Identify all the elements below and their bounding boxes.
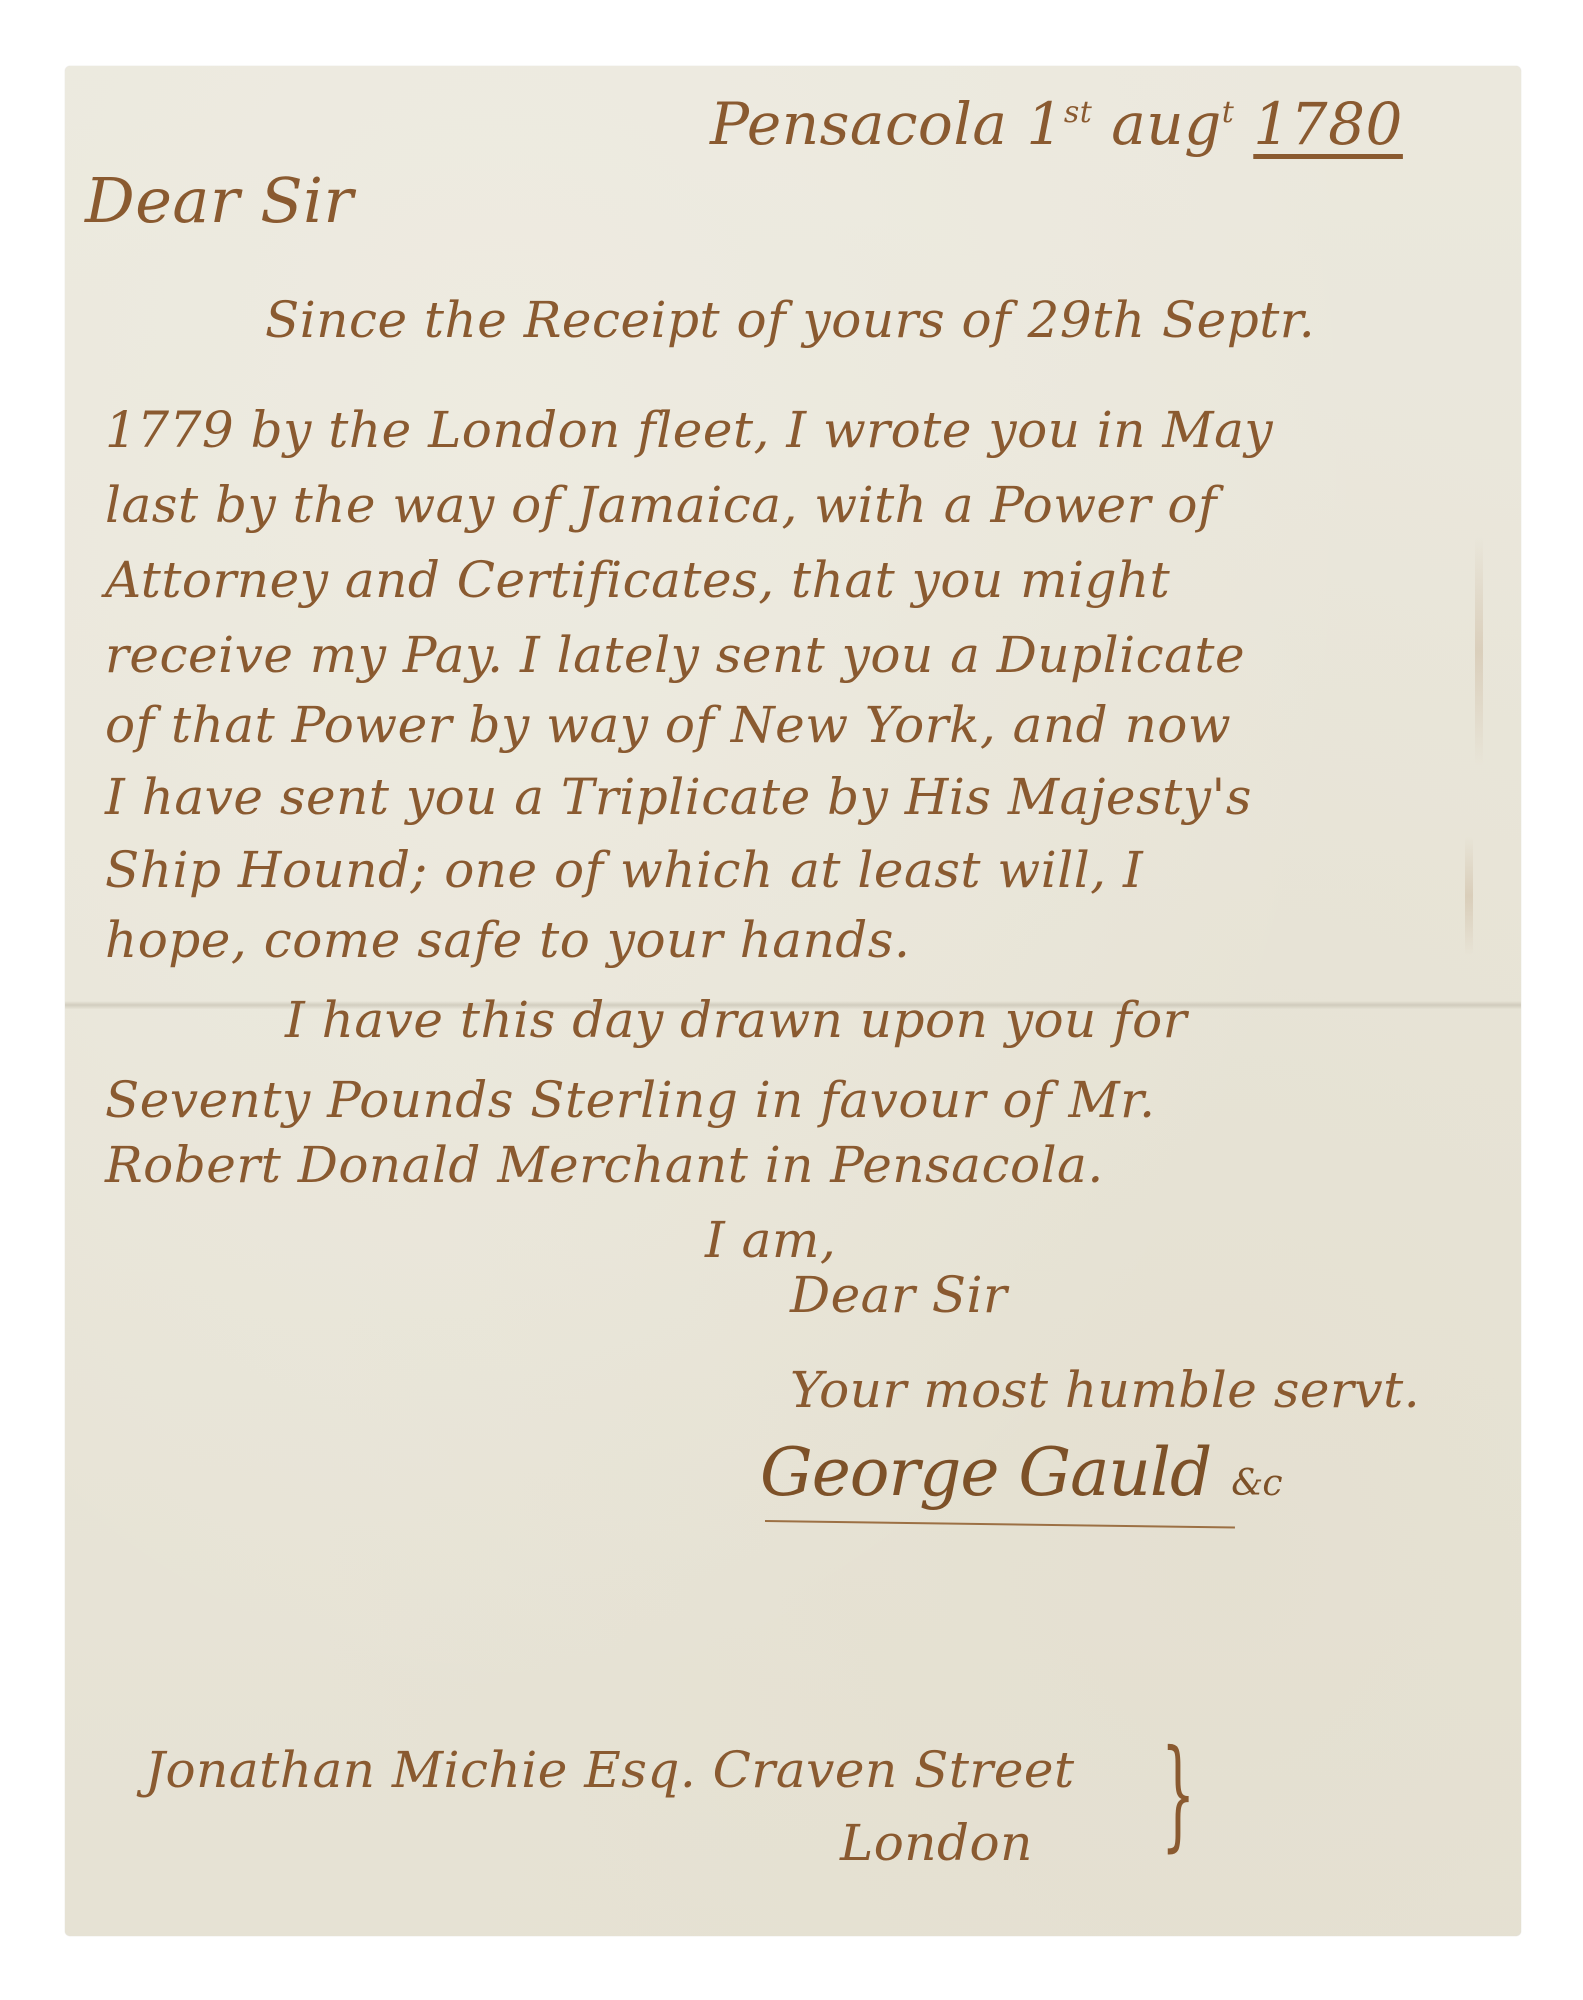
letter-line: Attorney and Certificates, that you migh… <box>105 555 1170 605</box>
letter-line: I have sent you a Triplicate by His Maje… <box>105 772 1252 822</box>
dateline-month: aug <box>1111 90 1222 158</box>
letter-line: Since the Receipt of yours of 29th Septr… <box>265 295 1315 345</box>
dateline: Pensacola 1st augt 1780 <box>710 95 1403 153</box>
letter-line: receive my Pay. I lately sent you a Dupl… <box>105 630 1245 680</box>
dateline-month-suffix: t <box>1222 95 1235 130</box>
letter-line: Ship Hound; one of which at least will, … <box>105 845 1143 895</box>
dateline-day-suffix: st <box>1064 95 1092 130</box>
ink-stain <box>1475 536 1483 766</box>
ink-stain <box>1465 836 1473 956</box>
salutation: Dear Sir <box>85 170 354 232</box>
letter-line: Robert Donald Merchant in Pensacola. <box>105 1140 1104 1190</box>
closing-servant: Your most humble servt. <box>790 1365 1420 1415</box>
address-line-1: Jonathan Michie Esq. Craven Street <box>145 1745 1075 1795</box>
letter-line: 1779 by the London fleet, I wrote you in… <box>105 405 1273 455</box>
dateline-day: 1 <box>1026 90 1063 158</box>
closing-dear-sir: Dear Sir <box>790 1270 1007 1320</box>
letter-line: of that Power by way of New York, and no… <box>105 700 1231 750</box>
address-brace: } <box>1161 1735 1195 1855</box>
address-line-2: London <box>840 1818 1033 1868</box>
closing-i-am: I am, <box>705 1215 836 1265</box>
dateline-year: 1780 <box>1253 90 1403 158</box>
letter-line: hope, come safe to your hands. <box>105 915 910 965</box>
signature-name: George Gauld <box>760 1434 1211 1511</box>
signature: George Gauld &c <box>760 1440 1282 1506</box>
signature-flourish: &c <box>1231 1463 1281 1504</box>
letter-line: last by the way of Jamaica, with a Power… <box>105 480 1217 530</box>
letter-line: I have this day drawn upon you for <box>285 995 1187 1045</box>
dateline-place: Pensacola <box>710 90 1007 158</box>
letter-line: Seventy Pounds Sterling in favour of Mr. <box>105 1075 1155 1125</box>
